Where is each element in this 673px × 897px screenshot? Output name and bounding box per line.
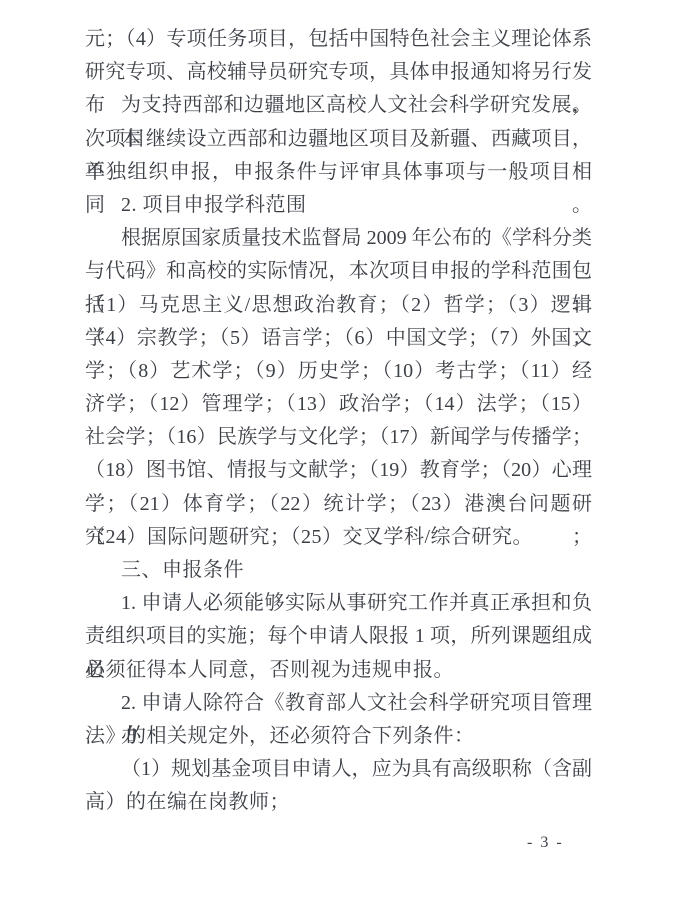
- text-line: （1）马克思主义/思想政治教育；（2）哲学；（3）逻辑学；: [85, 289, 592, 322]
- text-line: 学；（21）体育学；（22）统计学；（23）港澳台问题研究；: [85, 488, 592, 521]
- text-line: 2. 申请人除符合《教育部人文社会科学研究项目管理办: [85, 687, 592, 720]
- document-page: 元；（4）专项任务项目，包括中国特色社会主义理论体系研究专项、高校辅导员研究专项…: [0, 0, 673, 897]
- text-line: 元；（4）专项任务项目，包括中国特色社会主义理论体系: [85, 23, 592, 56]
- text-line: 单独组织申报，申报条件与评审具体事项与一般项目相同。: [85, 156, 592, 189]
- text-line: 三、申报条件: [85, 554, 592, 587]
- text-line: 社会学；（16）民族学与文化学；（17）新闻学与传播学；: [85, 421, 592, 454]
- text-line: 学；（8）艺术学；（9）历史学；（10）考古学；（11）经: [85, 355, 592, 388]
- text-line: 与代码》和高校的实际情况，本次项目申报的学科范围包括：: [85, 255, 592, 288]
- text-line: （1）规划基金项目申请人，应为具有高级职称（含副: [85, 753, 592, 786]
- text-line: 法》的相关规定外，还必须符合下列条件：: [85, 720, 592, 753]
- text-line: （18）图书馆、情报与文献学；（19）教育学；（20）心理: [85, 454, 592, 487]
- text-line: 责组织项目的实施；每个申请人限报 1 项，所列课题组成员: [85, 620, 592, 653]
- text-line: 必须征得本人同意，否则视为违规申报。: [85, 654, 592, 687]
- document-body: 元；（4）专项任务项目，包括中国特色社会主义理论体系研究专项、高校辅导员研究专项…: [85, 23, 592, 820]
- text-line: 研究专项、高校辅导员研究专项，具体申报通知将另行发布。: [85, 56, 592, 89]
- text-line: 济学；（12）管理学；（13）政治学；（14）法学；（15）: [85, 388, 592, 421]
- text-line: 1. 申请人必须能够实际从事研究工作并真正承担和负: [85, 587, 592, 620]
- text-line: 次项目继续设立西部和边疆地区项目及新疆、西藏项目，不: [85, 123, 592, 156]
- text-line: 高）的在编在岗教师；: [85, 786, 592, 819]
- text-line: （4）宗教学；（5）语言学；（6）中国文学；（7）外国文: [85, 322, 592, 355]
- text-line: 根据原国家质量技术监督局 2009 年公布的《学科分类: [85, 222, 592, 255]
- page-number: - 3 -: [527, 833, 564, 853]
- text-line: （24）国际问题研究；（25）交叉学科/综合研究。: [85, 521, 592, 554]
- text-line: 为支持西部和边疆地区高校人文社会科学研究发展，本: [85, 89, 592, 122]
